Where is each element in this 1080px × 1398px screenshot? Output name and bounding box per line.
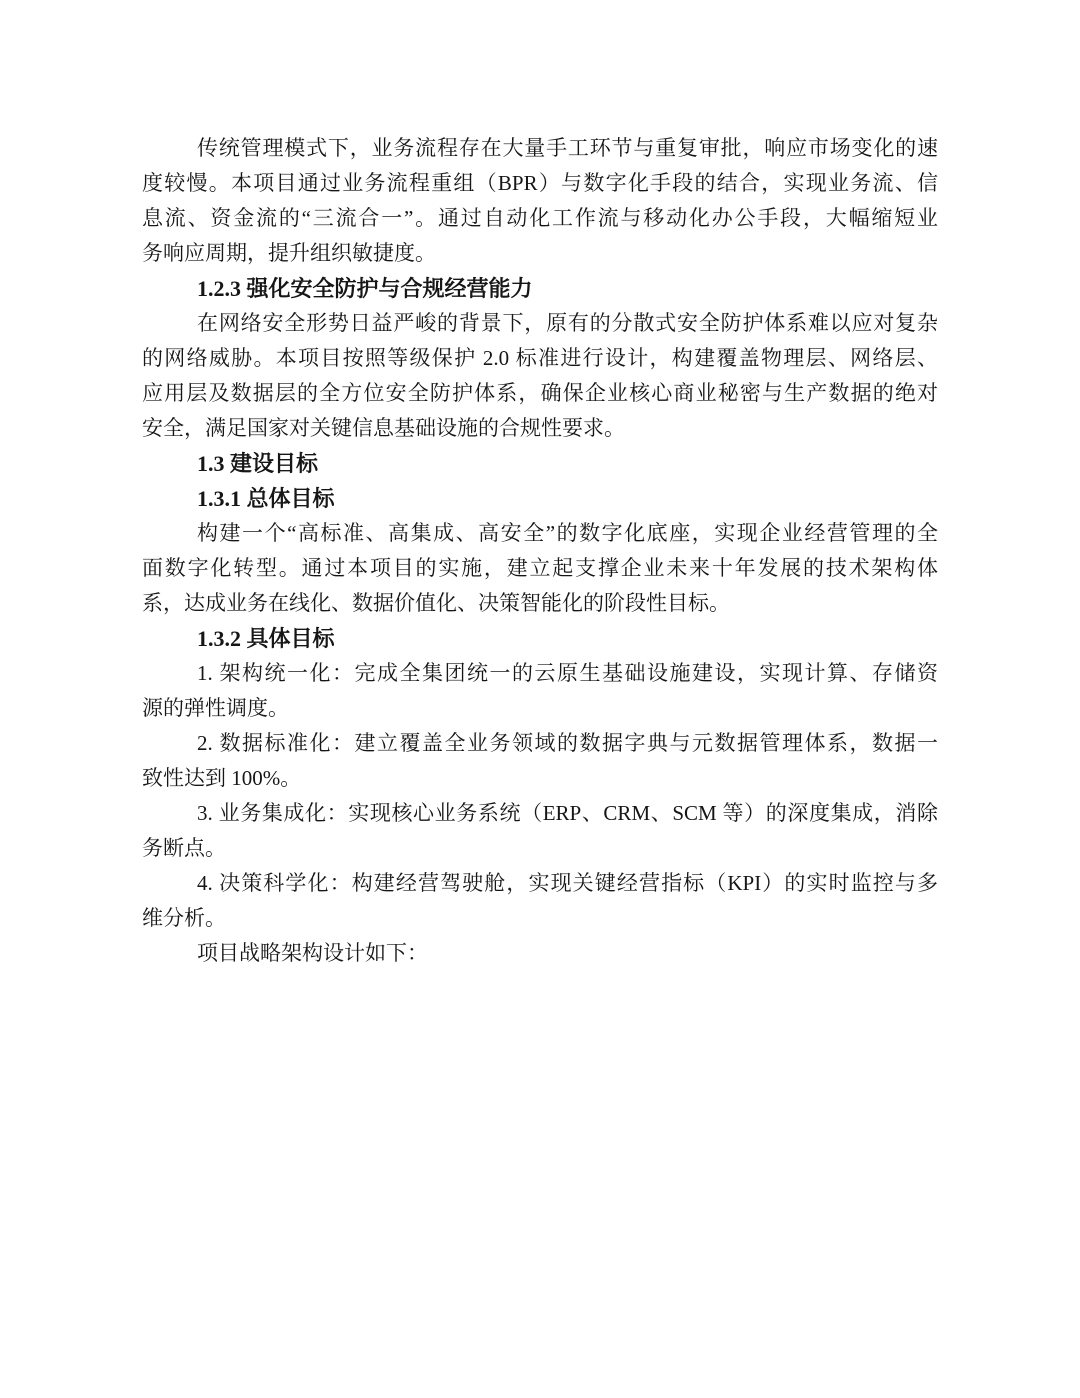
document-text-area: 传统管理模式下，业务流程存在大量手工环节与重复审批，响应市场变化的速度较慢。本项…	[142, 131, 938, 971]
text-line: 构建一个“高标准、高集成、高安全”的数字化底座，实现企业经营管理的全	[142, 516, 938, 551]
paragraph: 项目战略架构设计如下：	[142, 936, 938, 971]
text-line: 的网络威胁。本项目按照等级保护 2.0 标准进行设计，构建覆盖物理层、网络层、	[142, 341, 938, 376]
text-line: 安全，满足国家对关键信息基础设施的合规性要求。	[142, 411, 938, 446]
paragraph: 传统管理模式下，业务流程存在大量手工环节与重复审批，响应市场变化的速度较慢。本项…	[142, 131, 938, 271]
text-line: 在网络安全形势日益严峻的背景下，原有的分散式安全防护体系难以应对复杂	[142, 306, 938, 341]
text-line: 系，达成业务在线化、数据价值化、决策智能化的阶段性目标。	[142, 586, 938, 621]
text-line: 面数字化转型。通过本项目的实施，建立起支撑企业未来十年发展的技术架构体	[142, 551, 938, 586]
text-line: 1.3.1 总体目标	[142, 481, 938, 516]
text-line: 4. 决策科学化：构建经营驾驶舱，实现关键经营指标（KPI）的实时监控与多	[142, 866, 938, 901]
paragraph: 1. 架构统一化：完成全集团统一的云原生基础设施建设，实现计算、存储资源的弹性调…	[142, 656, 938, 726]
text-line: 度较慢。本项目通过业务流程重组（BPR）与数字化手段的结合，实现业务流、信	[142, 166, 938, 201]
text-line: 源的弹性调度。	[142, 691, 938, 726]
paragraph: 3. 业务集成化：实现核心业务系统（ERP、CRM、SCM 等）的深度集成，消除…	[142, 796, 938, 866]
text-line: 致性达到 100%。	[142, 761, 938, 796]
paragraph: 在网络安全形势日益严峻的背景下，原有的分散式安全防护体系难以应对复杂的网络威胁。…	[142, 306, 938, 446]
text-line: 息流、资金流的“三流合一”。通过自动化工作流与移动化办公手段，大幅缩短业	[142, 201, 938, 236]
text-line: 3. 业务集成化：实现核心业务系统（ERP、CRM、SCM 等）的深度集成，消除…	[142, 796, 938, 831]
text-line: 1.2.3 强化安全防护与合规经营能力	[142, 271, 938, 306]
section-heading: 1.3.2 具体目标	[142, 621, 938, 656]
text-line: 1.3.2 具体目标	[142, 621, 938, 656]
text-line: 维分析。	[142, 901, 938, 936]
document-page: 传统管理模式下，业务流程存在大量手工环节与重复审批，响应市场变化的速度较慢。本项…	[0, 0, 1080, 1398]
section-heading: 1.2.3 强化安全防护与合规经营能力	[142, 271, 938, 306]
paragraph: 4. 决策科学化：构建经营驾驶舱，实现关键经营指标（KPI）的实时监控与多维分析…	[142, 866, 938, 936]
text-line: 传统管理模式下，业务流程存在大量手工环节与重复审批，响应市场变化的速	[142, 131, 938, 166]
text-line: 1. 架构统一化：完成全集团统一的云原生基础设施建设，实现计算、存储资	[142, 656, 938, 691]
text-line: 1.3 建设目标	[142, 446, 938, 481]
text-line: 项目战略架构设计如下：	[142, 936, 938, 971]
text-line: 务响应周期，提升组织敏捷度。	[142, 236, 938, 271]
text-line: 2. 数据标准化：建立覆盖全业务领域的数据字典与元数据管理体系，数据一	[142, 726, 938, 761]
text-line: 应用层及数据层的全方位安全防护体系，确保企业核心商业秘密与生产数据的绝对	[142, 376, 938, 411]
section-heading: 1.3.1 总体目标	[142, 481, 938, 516]
paragraph: 构建一个“高标准、高集成、高安全”的数字化底座，实现企业经营管理的全面数字化转型…	[142, 516, 938, 621]
section-heading: 1.3 建设目标	[142, 446, 938, 481]
text-line: 务断点。	[142, 831, 938, 866]
paragraph: 2. 数据标准化：建立覆盖全业务领域的数据字典与元数据管理体系，数据一致性达到 …	[142, 726, 938, 796]
